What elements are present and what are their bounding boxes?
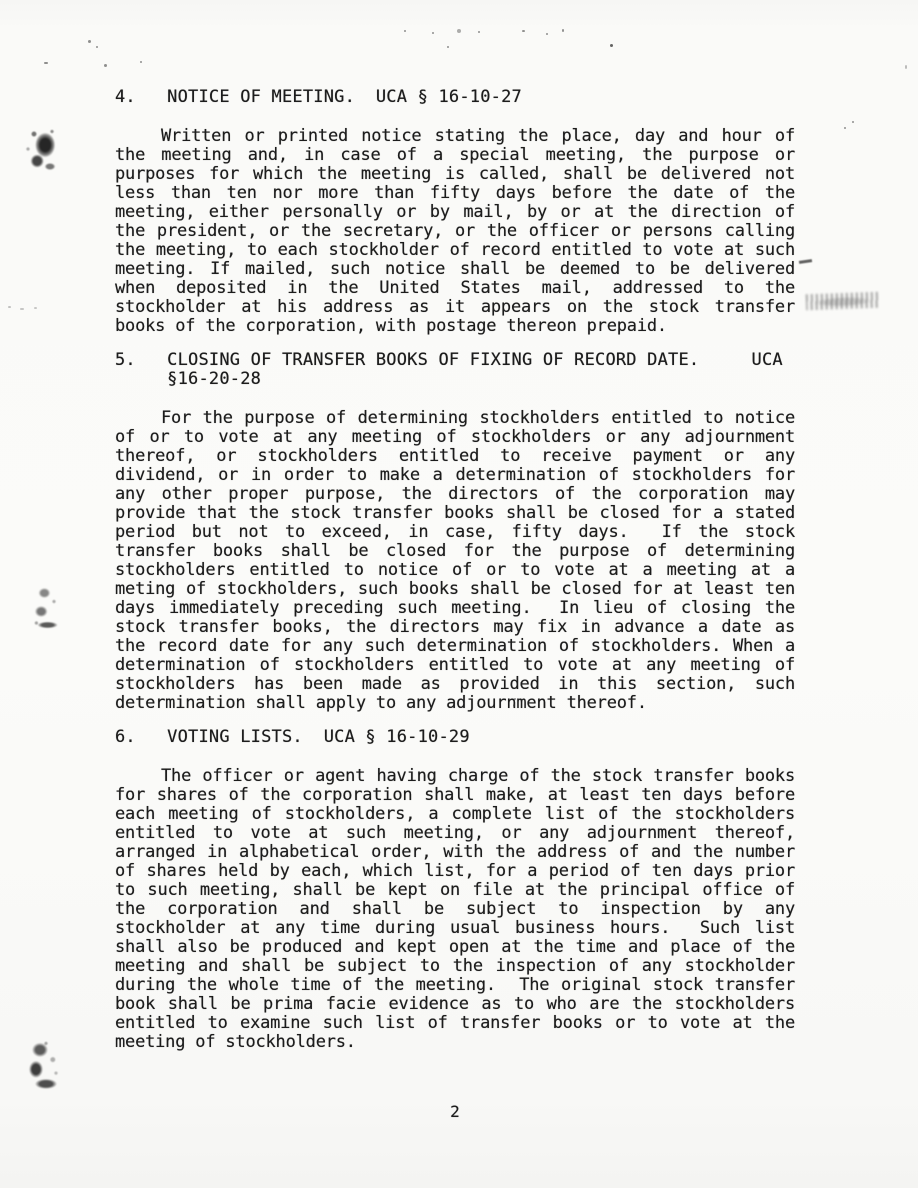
section-6-body: The officer or agent having charge of th… (115, 767, 795, 1052)
ink-smudge-middle-left (30, 584, 62, 634)
section-5-body: For the purpose of determining stockhold… (115, 409, 795, 713)
scan-speckle (905, 65, 907, 69)
scan-speckle (20, 308, 24, 310)
document-content: 4. NOTICE OF MEETING. UCA § 16-10-27 Wri… (115, 88, 795, 1067)
scan-speckle (96, 46, 98, 48)
scan-speckle (140, 61, 142, 63)
scan-speckle (447, 46, 449, 48)
scan-speckle (34, 307, 37, 309)
section-4-body: Written or printed notice stating the pl… (115, 127, 795, 336)
scan-speckle (522, 30, 525, 32)
margin-scribble-right (806, 292, 881, 311)
section-5-heading: 5. CLOSING OF TRANSFER BOOKS OF FIXING O… (115, 351, 795, 389)
scan-speckle (8, 306, 11, 308)
scan-speckle (478, 31, 480, 33)
scan-speckle (104, 64, 107, 67)
page-number: 2 (440, 1102, 470, 1121)
section-6-heading: 6. VOTING LISTS. UCA § 16-10-29 (115, 728, 795, 747)
scan-speckle (562, 29, 564, 32)
section-notice-of-meeting: 4. NOTICE OF MEETING. UCA § 16-10-27 Wri… (115, 88, 795, 336)
scan-speckle (844, 127, 846, 129)
scan-speckle (432, 32, 434, 34)
scan-speckle (457, 29, 461, 33)
ink-smudge-top-left (22, 124, 62, 174)
section-closing-transfer-books: 5. CLOSING OF TRANSFER BOOKS OF FIXING O… (115, 351, 795, 713)
section-voting-lists: 6. VOTING LISTS. UCA § 16-10-29 The offi… (115, 728, 795, 1052)
scan-speckle (852, 121, 854, 123)
scan-speckle (404, 30, 406, 32)
scan-speckle (546, 33, 548, 35)
ink-smudge-bottom-left (24, 1038, 64, 1092)
scan-speckle (88, 40, 91, 43)
scan-speckle (44, 62, 48, 64)
section-4-heading: 4. NOTICE OF MEETING. UCA § 16-10-27 (115, 88, 795, 107)
scanned-document-page: 4. NOTICE OF MEETING. UCA § 16-10-27 Wri… (0, 0, 918, 1188)
scan-speckle (610, 44, 613, 47)
